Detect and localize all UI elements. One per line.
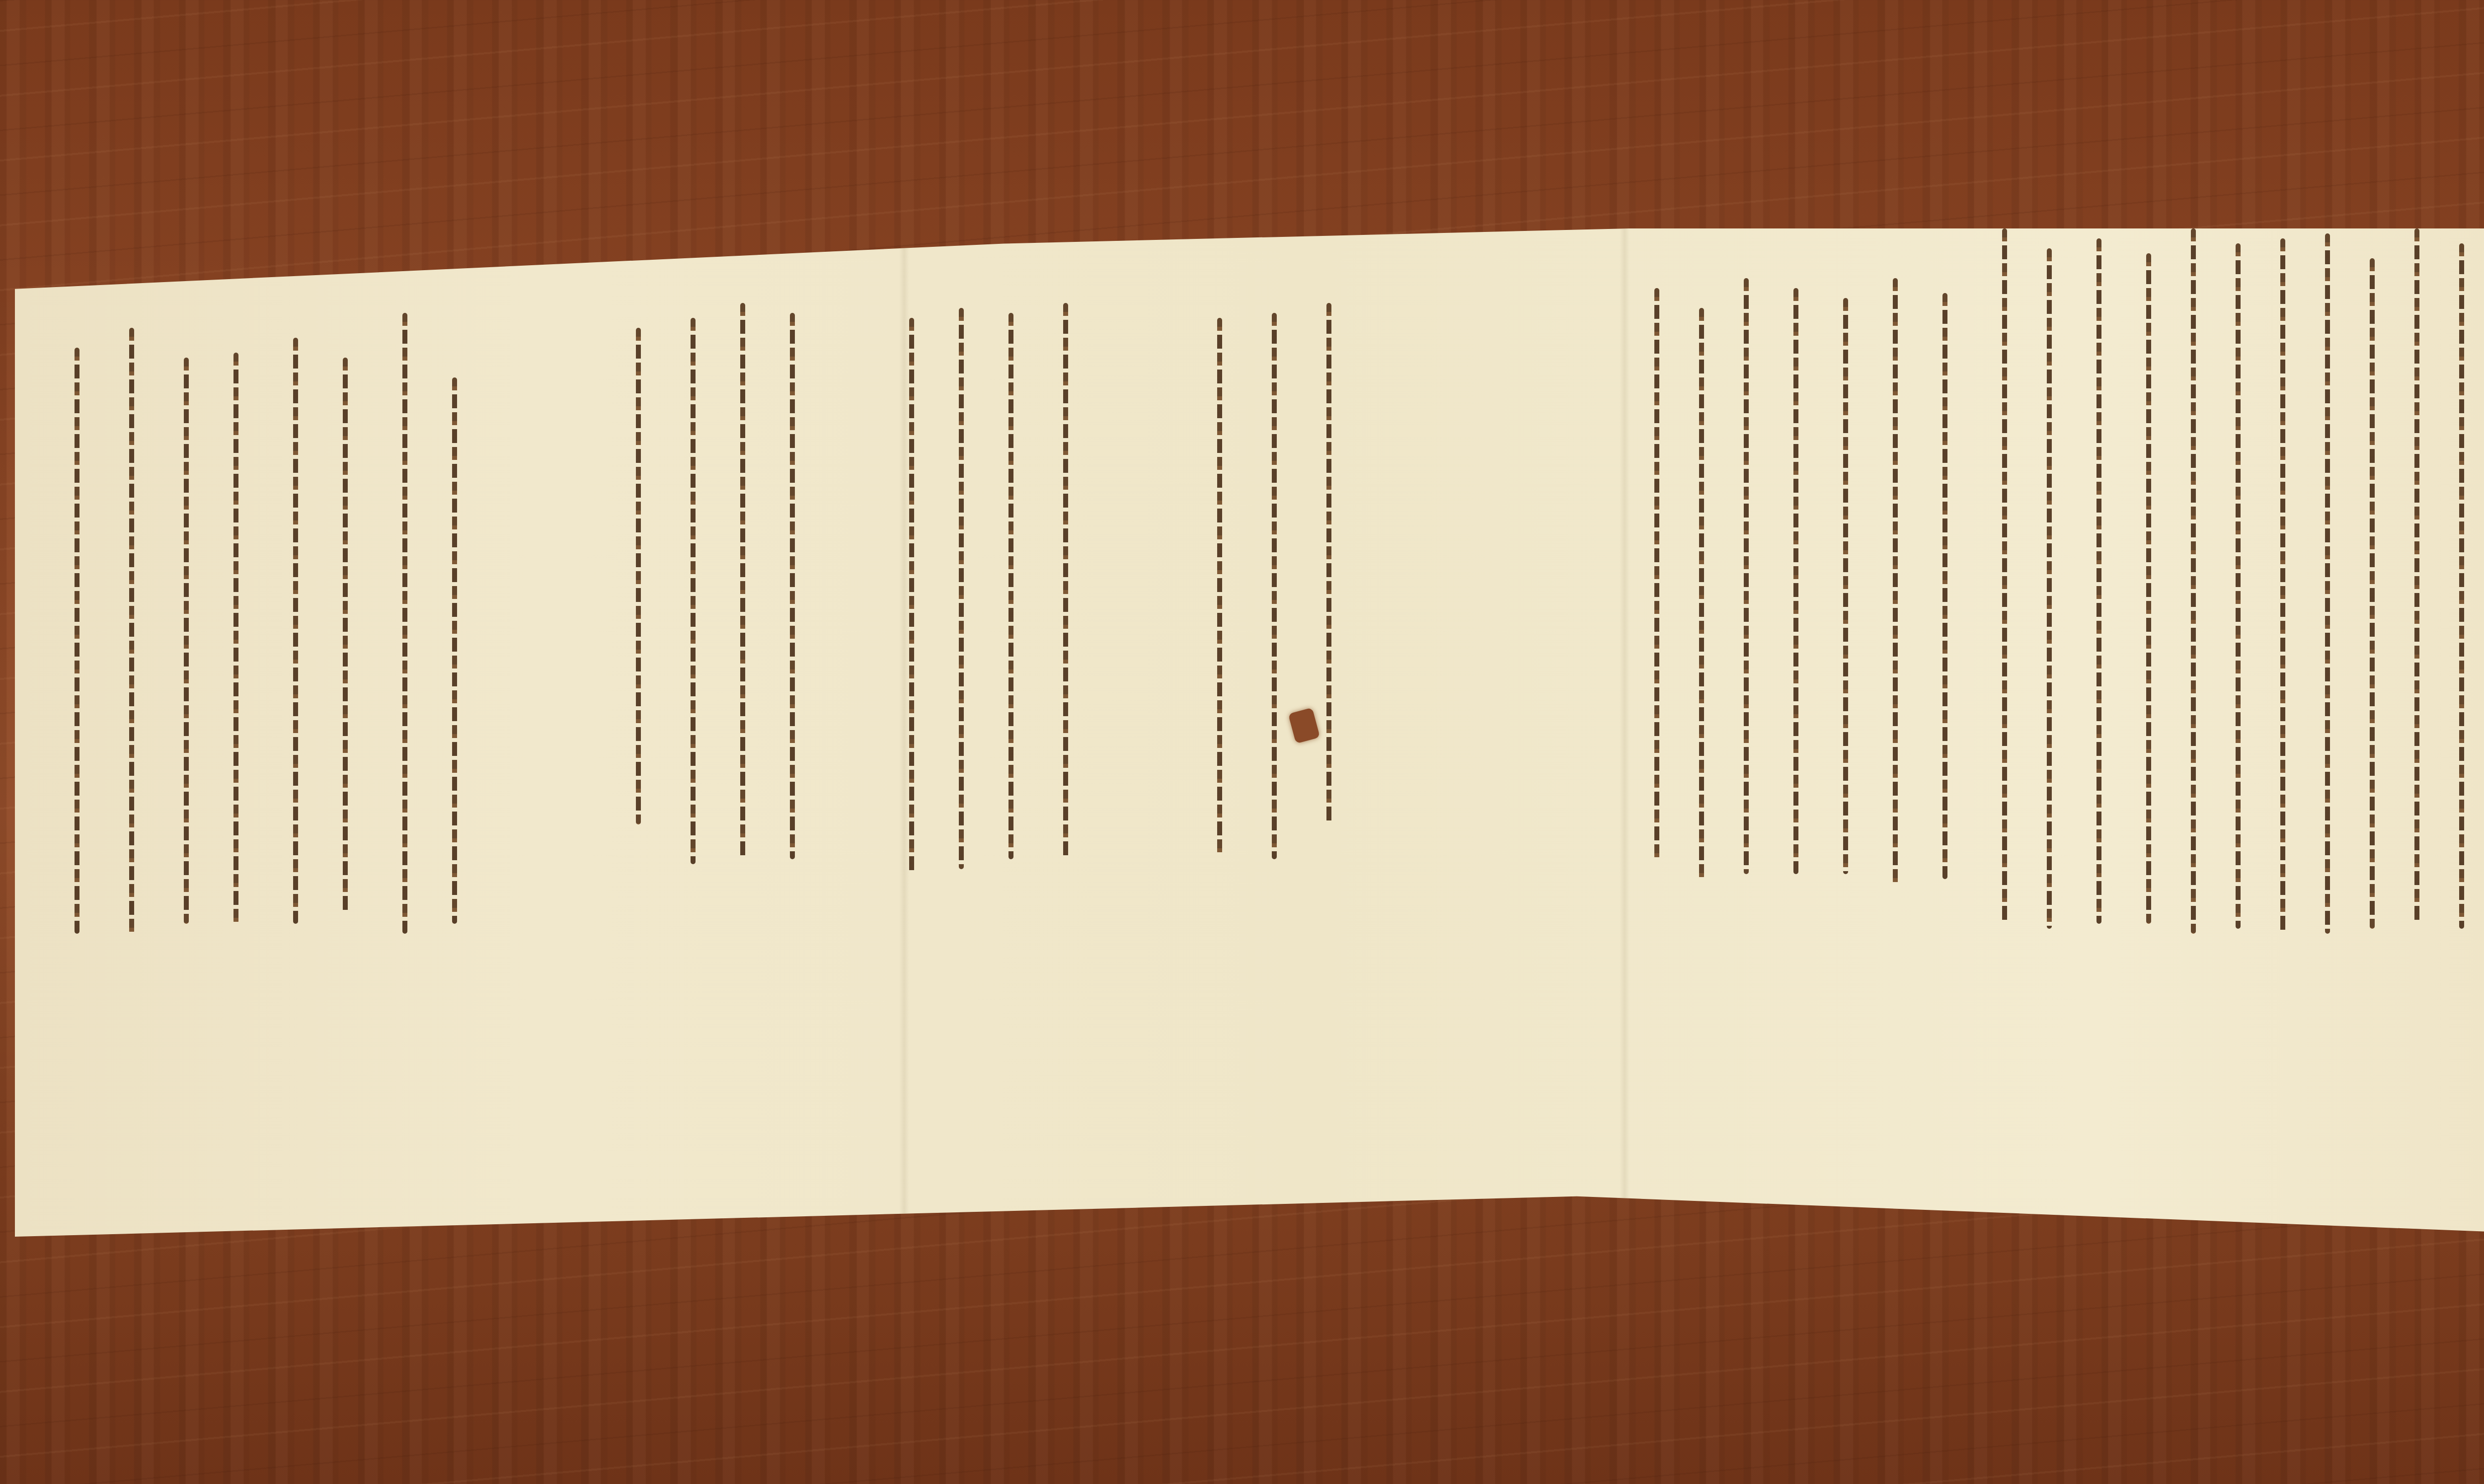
fold-crease xyxy=(899,228,909,1237)
fold-crease xyxy=(1620,228,1630,1237)
manuscript-page xyxy=(15,228,2484,1237)
